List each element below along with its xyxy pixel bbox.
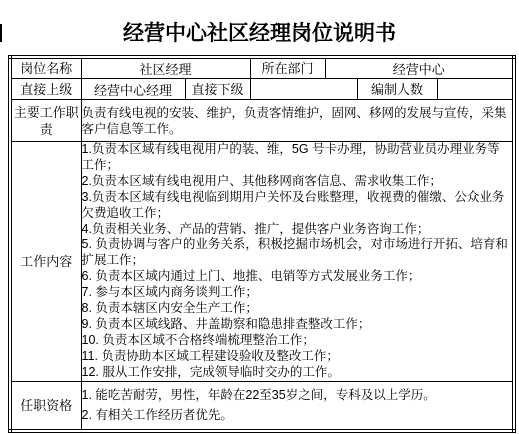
duty-item: 7. 参与本区域内商务谈判工作； [82, 285, 513, 301]
table-row-qualifications: 任职资格 1. 能吃苦耐劳，男性，年龄在22至35岁之间，专科及以上学历。 2.… [10, 381, 514, 431]
position-name-value: 社区经理 [81, 57, 250, 79]
department-label: 所在部门 [250, 57, 325, 79]
duty-item: 5. 负责协调与客户的业务关系，积极挖掘市场机会，对市场进行开拓、培育和扩展工作… [82, 237, 513, 269]
duty-item: 6. 负责本区域内通过上门、地推、电销等方式发展业务工作； [82, 269, 513, 285]
duty-item: 3.负责本区域有线电视临到期用户关怀及台账整理，收视费的催缴、公众业务欠费追收工… [82, 190, 513, 222]
responsibilities-label: 主要工作职责 [10, 100, 81, 142]
supervisor-value: 经营中心经理 [81, 79, 185, 100]
job-description-table: 岗位名称 社区经理 所在部门 经营中心 直接上级 经营中心经理 直接下级 编制人… [8, 55, 516, 433]
table-row-reporting: 直接上级 经营中心经理 直接下级 编制人数 [10, 79, 514, 100]
duty-item: 2.负责本区域有线电视用户、其他移网商客信息、需求收集工作； [82, 174, 513, 190]
document-title: 经营中心社区经理岗位说明书 [0, 21, 519, 45]
duty-item: 1.负责本区域有线电视用户的装、维，5G 号卡办理，协助营业员办理业务等工作； [82, 142, 513, 174]
responsibilities-content: 负责有线电视的安装、维护，负责客情维护，固网、移网的发展与宣传，采集客户信息等工… [81, 100, 514, 142]
qualifications-label: 任职资格 [10, 381, 81, 431]
duties-content: 1.负责本区域有线电视用户的装、维，5G 号卡办理，协助营业员办理业务等工作； … [81, 142, 514, 382]
table-row-duties: 工作内容 1.负责本区域有线电视用户的装、维，5G 号卡办理，协助营业员办理业务… [10, 142, 514, 382]
headcount-label: 编制人数 [357, 79, 437, 100]
supervisor-label: 直接上级 [10, 79, 81, 100]
qualification-item: 2. 有相关工作经历者优先。 [82, 405, 513, 425]
position-name-label: 岗位名称 [10, 57, 81, 79]
duty-item: 4.负责相关业务、产品的营销、推广，提供客户业务咨询工作； [82, 222, 513, 238]
duty-item: 8. 负责本辖区内安全生产工作； [82, 301, 513, 317]
duty-item: 11. 负责协助本区域工程建设验收及整改工作； [82, 349, 513, 365]
table-row-position: 岗位名称 社区经理 所在部门 经营中心 [10, 57, 514, 79]
duty-item: 12. 服从工作安排，完成领导临时交办的工作。 [82, 365, 513, 381]
headcount-value [437, 79, 514, 100]
duty-item: 9. 负责本区域线路、井盖勘察和隐患排查整改工作； [82, 317, 513, 333]
duty-item: 10. 负责本区域不合格终端梳理整治工作； [82, 333, 513, 349]
department-value: 经营中心 [325, 57, 514, 79]
qualifications-content: 1. 能吃苦耐劳，男性，年龄在22至35岁之间，专科及以上学历。 2. 有相关工… [81, 381, 514, 431]
subordinate-value [250, 79, 357, 100]
table-row-responsibilities: 主要工作职责 负责有线电视的安装、维护，负责客情维护，固网、移网的发展与宣传，采… [10, 100, 514, 142]
document-page: 经营中心社区经理岗位说明书 岗位名称 社区经理 所在部门 经营中心 直接上级 经… [0, 0, 519, 434]
qualification-item: 1. 能吃苦耐劳，男性，年龄在22至35岁之间，专科及以上学历。 [82, 385, 513, 405]
subordinate-label: 直接下级 [185, 79, 250, 100]
duties-label: 工作内容 [10, 142, 81, 382]
